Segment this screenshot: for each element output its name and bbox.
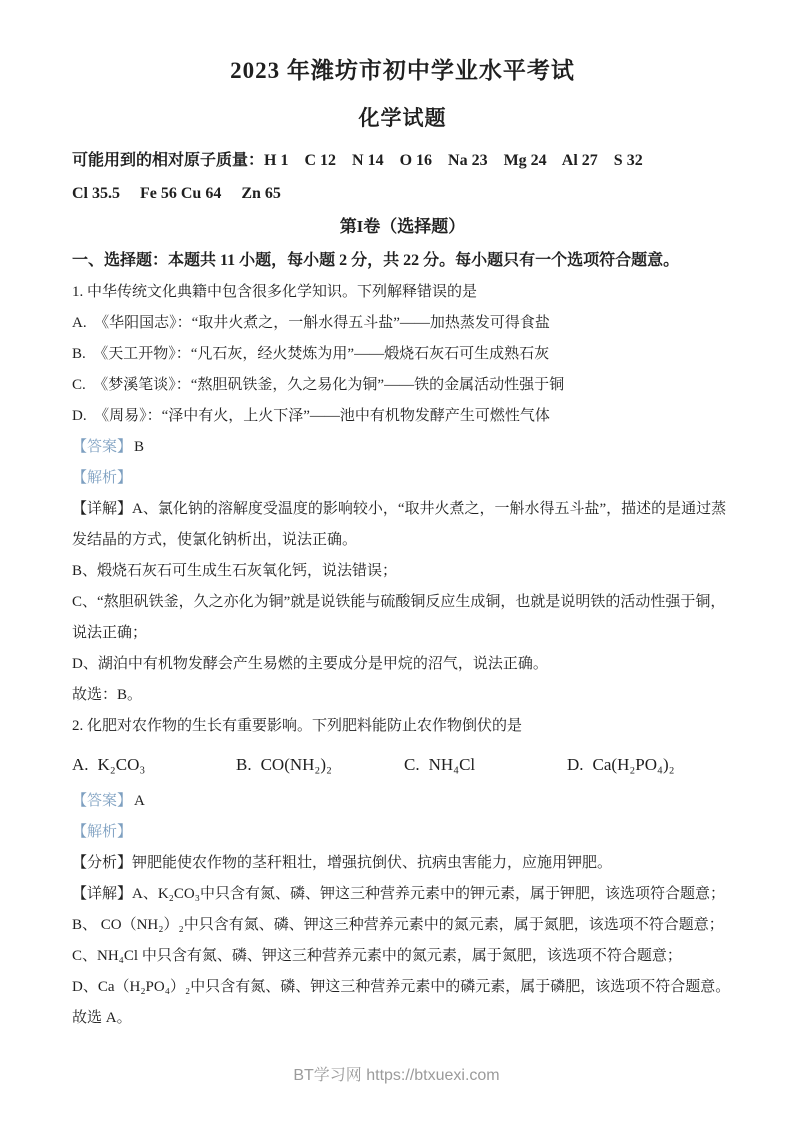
question-2-options-row: A.K₂CO₃ B.CO(NH₂)₂ C.NH₄Cl D.Ca(H₂PO₄)₂ (72, 744, 733, 786)
option-label: C. (404, 755, 420, 774)
volume-heading: 第I卷（选择题） (72, 210, 733, 244)
question-1-detail-paragraph-3: C、“熬胆矾铁釜，久之亦化为铜”就是说铁能与硫酸铜反应生成铜，也就是说明铁的活动… (72, 587, 733, 649)
question-2-answer-line: 【答案】A (72, 786, 733, 817)
atomic-mass-values-row1: H 1 C 12 N 14 O 16 Na 23 Mg 24 Al 27 S 3… (264, 152, 643, 169)
analysis-marker: 【解析】 (72, 824, 132, 840)
answer-value: A (134, 793, 145, 809)
option-label: B. (236, 755, 252, 774)
page-title: 2023 年潍坊市初中学业水平考试 (72, 54, 733, 88)
answer-value: B (134, 439, 144, 455)
question-2-option-d: D.Ca(H₂PO₄)₂ (567, 744, 733, 786)
answer-marker: 【答案】 (72, 793, 132, 809)
option-formula: CO(NH₂)₂ (261, 755, 332, 774)
atomic-mass-values-row2: Cl 35.5 Fe 56 Cu 64 Zn 65 (72, 185, 281, 202)
analysis-marker: 【解析】 (72, 470, 132, 486)
question-1-detail-paragraph-1: 【详解】A、氯化钠的溶解度受温度的影响较小，“取井火煮之，一斛水得五斗盐”，描述… (72, 494, 733, 556)
question-2-option-a: A.K₂CO₃ (72, 744, 236, 786)
question-1-detail-paragraph-2: B、煅烧石灰石可生成生石灰氧化钙，说法错误； (72, 556, 733, 587)
watermark-site-text: BT学习网 https://btxuexi.com (0, 1064, 793, 1088)
question-1-option-a: A. 《华阳国志》：“取井火煮之，一斛水得五斗盐”——加热蒸发可得食盐 (72, 308, 733, 339)
question-1-stem: 1. 中华传统文化典籍中包含很多化学知识。下列解释错误的是 (72, 277, 733, 308)
option-formula: NH₄Cl (429, 755, 476, 774)
question-2-detail-paragraph-2: B、 CO（NH₂）₂中只含有氮、磷、钾这三种营养元素中的氮元素，属于氮肥，该选… (72, 910, 733, 941)
question-1-option-b: B. 《天工开物》：“凡石灰，经火焚炼为用”——煅烧石灰石可生成熟石灰 (72, 339, 733, 370)
option-label: D. (567, 755, 584, 774)
question-1: 1. 中华传统文化典籍中包含很多化学知识。下列解释错误的是 A. 《华阳国志》：… (72, 277, 733, 711)
question-2-detail-paragraph-1: 【详解】A、K₂CO₃中只含有氮、磷、钾这三种营养元素中的钾元素，属于钾肥，该选… (72, 879, 733, 910)
question-2-analysis-paragraph: 【分析】钾肥能使农作物的茎秆粗壮，增强抗倒伏、抗病虫害能力，应施用钾肥。 (72, 848, 733, 879)
section-instructions: 一、选择题：本题共 11 小题，每小题 2 分，共 22 分。每小题只有一个选项… (72, 244, 733, 277)
answer-marker: 【答案】 (72, 439, 132, 455)
question-2: 2. 化肥对农作物的生长有重要影响。下列肥料能防止农作物倒伏的是 A.K₂CO₃… (72, 711, 733, 1034)
atomic-mass-line-1: 可能用到的相对原子质量：H 1 C 12 N 14 O 16 Na 23 Mg … (72, 144, 733, 177)
exam-document-page: { "header": { "title": "2023 年潍坊市初中学业水平考… (0, 0, 793, 1122)
option-label: A. (72, 755, 89, 774)
question-2-detail-paragraph-4: D、Ca（H₂PO₄）₂中只含有氮、磷、钾这三种营养元素中的磷元素，属于磷肥，该… (72, 972, 733, 1003)
question-1-analysis-marker-line: 【解析】 (72, 463, 733, 494)
page-subtitle: 化学试题 (72, 102, 733, 134)
option-formula: K₂CO₃ (98, 755, 146, 774)
atomic-mass-label: 可能用到的相对原子质量： (72, 152, 264, 169)
question-1-detail-paragraph-4: D、湖泊中有机物发酵会产生易燃的主要成分是甲烷的沼气，说法正确。 (72, 649, 733, 680)
document-content: 2023 年潍坊市初中学业水平考试 化学试题 可能用到的相对原子质量：H 1 C… (0, 0, 793, 1034)
question-2-stem: 2. 化肥对农作物的生长有重要影响。下列肥料能防止农作物倒伏的是 (72, 711, 733, 742)
question-2-option-c: C.NH₄Cl (404, 744, 567, 786)
question-2-analysis-marker-line: 【解析】 (72, 817, 733, 848)
question-2-detail-paragraph-3: C、NH₄Cl 中只含有氮、磷、钾这三种营养元素中的氮元素，属于氮肥，该选项不符… (72, 941, 733, 972)
question-1-conclusion: 故选：B。 (72, 680, 733, 711)
atomic-mass-line-2: Cl 35.5 Fe 56 Cu 64 Zn 65 (72, 177, 733, 210)
question-1-option-d: D. 《周易》：“泽中有火，上火下泽”——池中有机物发酵产生可燃性气体 (72, 401, 733, 432)
question-1-option-c: C. 《梦溪笔谈》：“熬胆矾铁釜，久之易化为铜”——铁的金属活动性强于铜 (72, 370, 733, 401)
question-2-conclusion: 故选 A。 (72, 1003, 733, 1034)
question-1-answer-line: 【答案】B (72, 432, 733, 463)
option-formula: Ca(H₂PO₄)₂ (593, 755, 675, 774)
question-2-option-b: B.CO(NH₂)₂ (236, 744, 404, 786)
